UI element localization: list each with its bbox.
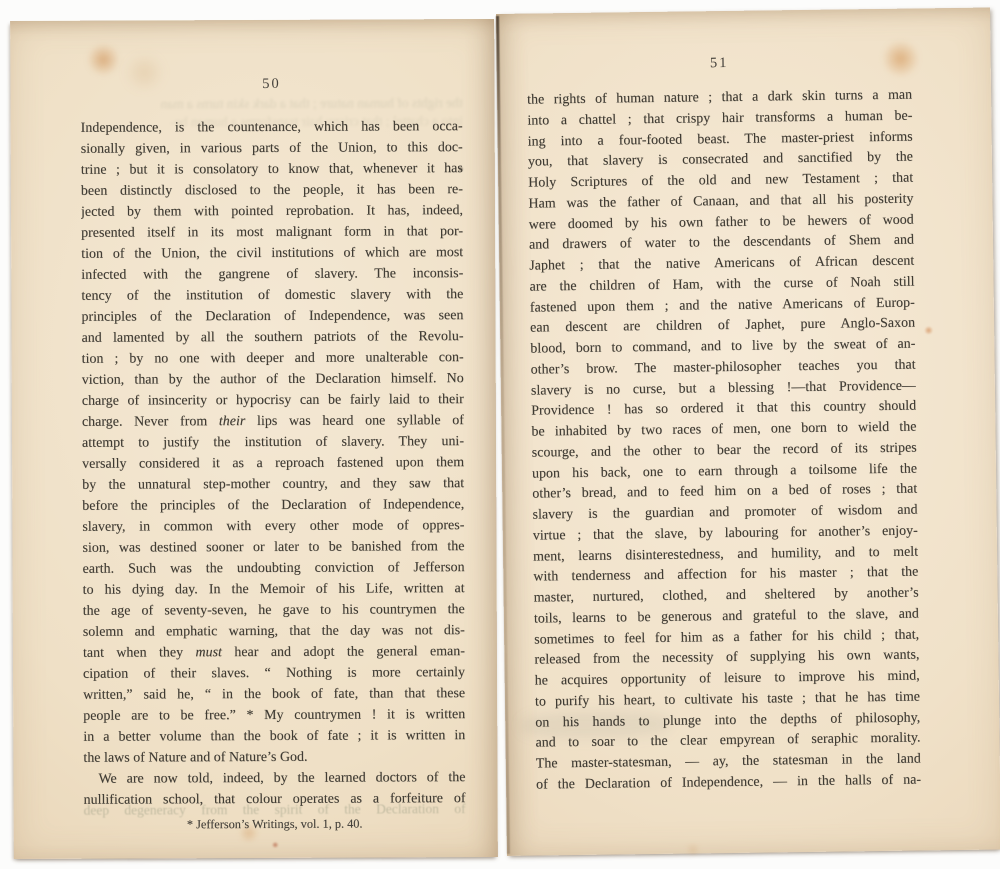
text-line: sionally given, in various parts of the …	[81, 140, 463, 163]
text-line: attempt to justify the institution of sl…	[82, 434, 464, 457]
book-spread: the rights of human nature ; that a dark…	[0, 0, 1000, 869]
right-page-text-block: the rights of human nature ; that a dark…	[527, 88, 921, 798]
text-line: in a better volume than the book of fate…	[83, 728, 465, 751]
text-line: presented itself in its most malignant f…	[81, 224, 463, 247]
text-line: viction, than by the author of the Decla…	[82, 371, 464, 394]
text-line: infected with the gangrene of slavery. T…	[81, 266, 463, 289]
text-line: the age of seventy-seven, he gave to his…	[83, 602, 465, 625]
text-line: written,” said he, “ in the book of fate…	[83, 686, 465, 709]
text-line: before the principles of the Declaration…	[82, 497, 464, 520]
text-line: been distinctly disclosed to the people,…	[81, 182, 463, 205]
text-line: tion ; by no one with deeper and more un…	[82, 350, 464, 373]
gutter-crease	[496, 16, 510, 854]
text-line: Independence, is the countenance, which …	[81, 119, 463, 142]
footnote: * Jefferson’s Writings, vol. 1, p. 40.	[84, 816, 466, 833]
text-line: charge. Never from their lips was heard …	[82, 413, 464, 436]
italic-word: their	[219, 414, 246, 429]
text-line: nullification school, that colour operat…	[84, 791, 466, 814]
text-line: versally considered it as a reproach fas…	[82, 455, 464, 478]
text-line: and lamented by all the southern patriot…	[82, 329, 464, 352]
text-line: sion, was destined sooner or later to be…	[82, 539, 464, 562]
foxing-stain	[87, 43, 119, 77]
page-number-left: 50	[80, 75, 462, 94]
text-line: the laws of Nature and of Nature’s God.	[83, 749, 465, 772]
text-line: tency of the institution of domestic sla…	[81, 287, 463, 310]
foxing-stain	[685, 843, 701, 855]
italic-word: must	[195, 645, 222, 660]
text-line: people are to be free.” * My countrymen …	[83, 707, 465, 730]
foxing-stain	[272, 842, 279, 848]
text-line: of the Declaration of Independence, — in…	[536, 772, 921, 798]
text-line: tant when they must hear and adopt the g…	[83, 644, 465, 667]
page-number-right: 51	[527, 53, 912, 75]
text-line: We are now told, indeed, by the learned …	[83, 770, 465, 793]
text-line: slavery, in common with every other mode…	[82, 518, 464, 541]
text-line: solemn and emphatic warning, that the da…	[83, 623, 465, 646]
text-line: trine ; but it is consolatory to know th…	[81, 161, 463, 184]
text-line: to his dying day. In the Memoir of his L…	[83, 581, 465, 604]
foxing-stain	[924, 326, 933, 334]
text-line: earth. Such was the undoubting convictio…	[83, 560, 465, 583]
page-right: 51 the rights of human nature ; that a d…	[496, 8, 1000, 856]
page-left: the rights of human nature ; that a dark…	[10, 19, 498, 859]
text-line: tion of the Union, the civil institution…	[81, 245, 463, 268]
showthrough-text: the rights of human nature ; that a dark…	[81, 95, 463, 113]
text-line: by the unnatural step-mother country, an…	[82, 476, 464, 499]
text-line: principles of the Declaration of Indepen…	[81, 308, 463, 331]
left-page-text-block: Independence, is the countenance, which …	[81, 119, 466, 814]
text-line: jected by them with pointed reprobation.…	[81, 203, 463, 226]
text-line: charge of insincerity or hypocrisy can b…	[82, 392, 464, 415]
text-line: cipation of their slaves. “ Nothing is m…	[83, 665, 465, 688]
